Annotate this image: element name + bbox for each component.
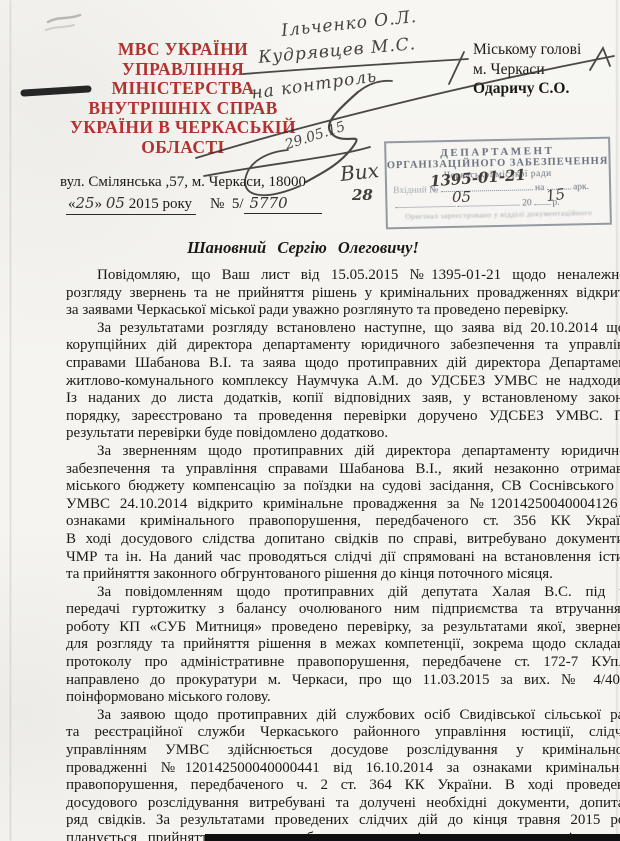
- letter-line-p3-3: міського бюджету компенсацію за поїздки …: [66, 478, 620, 496]
- letterhead-address: вул. Смілянська ,57, м. Черкаси, 18000: [40, 174, 326, 191]
- letter-line-p4-5: протоколу про адміністративне правопоруш…: [66, 654, 620, 672]
- letter-line-p3-6: В ході досудового слідства допитано свід…: [66, 531, 620, 549]
- quote-open: «: [68, 196, 76, 212]
- letter-line-p5-6: досудового розслідування витребувані та …: [66, 795, 620, 813]
- letter-body: Повідомляю, що Ваш лист від 15.05.2015 №…: [66, 267, 620, 841]
- quote-close: »: [95, 196, 103, 212]
- letter-line-p4-1: За повідомленням щодо протиправних дій д…: [66, 584, 620, 602]
- letter-line-p3-7: ЧМР та ін. На даний час проводяться слід…: [66, 549, 620, 567]
- letter-line-p2-5: Із наданих до листа додатків, копії відп…: [66, 390, 620, 408]
- stamp-day-blank: [395, 197, 455, 208]
- letter-line-p2-3: справами Шабанова В.І. та заява щодо про…: [66, 355, 620, 373]
- letter-line-p1-1: Повідомляю, що Ваш лист від 15.05.2015 №…: [66, 267, 620, 285]
- org-line: УКРАЇНИ В ЧЕРКАСЬКІЙ: [40, 118, 326, 138]
- scanned-letter-page: МВС УКРАЇНИ УПРАВЛІННЯ МІНІСТЕРСТВА ВНУТ…: [0, 0, 620, 841]
- letter-line-p3-2: забезпечення та управління справами Шаба…: [66, 461, 620, 479]
- handwritten-stamp-year: 15: [545, 185, 566, 205]
- letter-line-p2-4: житлово-комунального комплексу Наумчука …: [66, 373, 620, 391]
- stamp-sheets-label: арк.: [573, 182, 589, 192]
- letter-line-p3-4: УМВС 24.10.2014 відкрито кримінальне про…: [66, 496, 620, 514]
- letter-line-p3-5: ознаками кримінального правопорушення, п…: [66, 513, 620, 531]
- scan-edge-artifact-left: [10, 0, 11, 841]
- letter-line-p2-6: порядку, зареєстровано та проведення пер…: [66, 408, 620, 426]
- letter-line-p5-3: управлінням УМВС здійснюється досудове р…: [66, 742, 620, 760]
- letter-line-p4-4: для розгляду та прийняття рішення в межа…: [66, 636, 620, 654]
- letter-line-p5-2: та реєстраційної служби Черкаського райо…: [66, 724, 620, 742]
- letter-line-p1-2: розгляду звернень та не прийняття рішень…: [66, 285, 620, 303]
- letter-line-p4-6: направлено до прокуратури м. Черкаси, пр…: [66, 672, 620, 690]
- stamp-year-prefix: 20: [522, 198, 532, 208]
- recipient-line: Міському голові: [473, 40, 615, 60]
- recipient-block: Міському голові м. Черкаси Одаричу С.О.: [473, 40, 615, 99]
- letter-line-p4-3: роботу КП «СУБ Митниця» проведено переві…: [66, 619, 620, 637]
- salutation: Шановний Сергію Олеговичу!: [66, 238, 540, 258]
- org-line: ВНУТРІШНІХ СПРАВ: [40, 99, 326, 119]
- letter-line-p2-7: результати перевірки буде повідомлено до…: [66, 425, 620, 443]
- letter-line-p5-1: За заявою щодо протиправних дій службови…: [66, 707, 620, 725]
- handwritten-stamp-month: 05: [452, 188, 471, 206]
- letterhead-date-row: «25» 05 2015 року№ 5/5770: [66, 194, 322, 215]
- scan-bottom-black-bar: [205, 834, 620, 841]
- pencil-smudge-artifact: [46, 15, 80, 30]
- letter-line-p4-7: поінформовано міського голову.: [66, 689, 620, 707]
- letter-line-p2-2: корупційних дій директора департаменту ю…: [66, 337, 620, 355]
- number-segment: № 5/5770: [210, 194, 321, 214]
- letter-line-p2-1: За результатами розгляду встановлено нас…: [66, 320, 620, 338]
- handwritten-day: 25: [76, 194, 95, 212]
- stamp-reg-label: Вхідний: [393, 185, 427, 196]
- letter-line-p3-1: За зверненням щодо протиправних дій дире…: [66, 443, 620, 461]
- letter-line-p5-4: провадженні №120142500040000441 від 16.1…: [66, 760, 620, 778]
- letter-line-p1-3: за заявами Черкаської міської ради уважн…: [66, 302, 620, 320]
- letter-line-p5-5: правопорушення, передбаченого ч. 2 ст. 3…: [66, 777, 620, 795]
- recipient-name: Одаричу С.О.: [473, 79, 615, 99]
- letter-line-p5-7: ряд свідків. За результатами проведених …: [66, 812, 620, 830]
- handwritten-month: 05: [106, 194, 125, 212]
- stamp-on-label: на: [535, 183, 545, 193]
- handwritten-stamp-day: 28: [352, 186, 373, 204]
- letter-line-p3-8: та прийняття законного обгрунтованого рі…: [66, 566, 620, 584]
- handwritten-outgoing-number: 5770: [244, 194, 322, 214]
- letter-line-p4-2: передачі гуртожитку з балансу очолюваног…: [66, 601, 620, 619]
- no-prefix: 5/: [232, 196, 244, 212]
- no-label: №: [210, 196, 224, 212]
- handwritten-stamp-mark: Вих: [339, 158, 380, 186]
- recipient-line: м. Черкаси: [473, 60, 615, 80]
- date-segment: «25» 05 2015 року: [66, 194, 196, 215]
- year-text: 2015 року: [129, 196, 192, 212]
